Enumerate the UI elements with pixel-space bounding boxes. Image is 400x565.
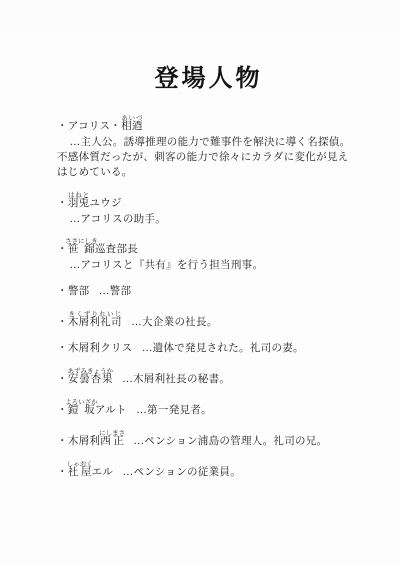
- character-name: ・アコリス・相逎あいづ: [57, 115, 353, 135]
- character-inline-description: …遺体で発見された。礼司の妻。: [142, 343, 304, 354]
- character-name: ・鎧坂よろいざかアルト…第一発見者。: [57, 399, 353, 419]
- character-entry: ・社屋しゃおくエル…ペンションの従業員。: [57, 461, 353, 481]
- character-inline-description: …ペンションの従業員。: [123, 467, 241, 478]
- character-description: …アコリスと『共有』を行う担当刑事。: [57, 259, 353, 274]
- character-entry: ・笹錦ささにしき巡査部長 …アコリスと『共有』を行う担当刑事。: [57, 238, 353, 274]
- character-entry: ・木屑利西正にしまさ…ペンション浦島の管理人。礼司の兄。: [57, 430, 353, 450]
- character-furigana: 笹錦ささにしき: [68, 244, 95, 255]
- character-entry: ・アコリス・相逎あいづ …主人公。誘導推理の能力で難事件を解決に導く名探偵。不感…: [57, 115, 353, 181]
- bullet: ・: [57, 121, 68, 132]
- character-furigana: 羽兎はねと: [68, 198, 90, 209]
- character-description: …アコリスの助手。: [57, 213, 353, 228]
- character-furigana: 相逎あいづ: [121, 121, 143, 132]
- character-furigana: 安曇杏果あずみきょうか: [68, 374, 113, 385]
- character-inline-description: …第一発見者。: [136, 405, 212, 416]
- character-name: ・木屑利クリス…遺体で発見された。礼司の妻。: [57, 342, 353, 357]
- bullet: ・: [57, 286, 68, 297]
- character-name: ・安曇杏果あずみきょうか…木屑利社長の秘書。: [57, 368, 353, 388]
- character-name: ・笹錦ささにしき巡査部長: [57, 238, 353, 258]
- character-entry: ・木屑利クリス…遺体で発見された。礼司の妻。: [57, 342, 353, 357]
- character-furigana: 社屋しゃおく: [68, 467, 92, 478]
- character-entry: ・木屑利礼司きくずりれいじ…大企業の社長。: [57, 311, 353, 331]
- character-name: ・木屑利礼司きくずりれいじ…大企業の社長。: [57, 311, 353, 331]
- character-inline-description: …木屑利社長の秘書。: [122, 374, 230, 385]
- character-name: ・社屋しゃおくエル…ペンションの従業員。: [57, 461, 353, 481]
- character-furigana: 木屑利礼司きくずりれいじ: [68, 317, 122, 328]
- bullet: ・: [57, 436, 68, 447]
- bullet: ・: [57, 198, 68, 209]
- character-entry: ・羽兎はねとユウジ …アコリスの助手。: [57, 192, 353, 228]
- character-description: …主人公。誘導推理の能力で難事件を解決に導く名探偵。不感体質だったが、刺客の能力…: [57, 136, 353, 181]
- character-entry: ・鎧坂よろいざかアルト…第一発見者。: [57, 399, 353, 419]
- bullet: ・: [57, 343, 68, 354]
- page-title: 登場人物: [57, 58, 360, 93]
- bullet: ・: [57, 374, 68, 385]
- character-inline-description: …警部: [99, 286, 131, 297]
- bullet: ・: [57, 317, 68, 328]
- character-furigana: 西正にしまさ: [100, 436, 124, 447]
- character-list: ・アコリス・相逎あいづ …主人公。誘導推理の能力で難事件を解決に導く名探偵。不感…: [57, 115, 353, 481]
- character-name: ・羽兎はねとユウジ: [57, 192, 353, 212]
- character-entry: ・安曇杏果あずみきょうか…木屑利社長の秘書。: [57, 368, 353, 388]
- character-furigana: 鎧坂よろいざか: [68, 405, 95, 416]
- document-page: 登場人物 ・アコリス・相逎あいづ …主人公。誘導推理の能力で難事件を解決に導く名…: [0, 0, 400, 565]
- character-inline-description: …大企業の社長。: [131, 317, 217, 328]
- character-inline-description: …ペンション浦島の管理人。礼司の兄。: [133, 436, 327, 447]
- character-entry: ・警部…警部: [57, 285, 353, 300]
- character-name: ・警部…警部: [57, 285, 353, 300]
- character-name: ・木屑利西正にしまさ…ペンション浦島の管理人。礼司の兄。: [57, 430, 353, 450]
